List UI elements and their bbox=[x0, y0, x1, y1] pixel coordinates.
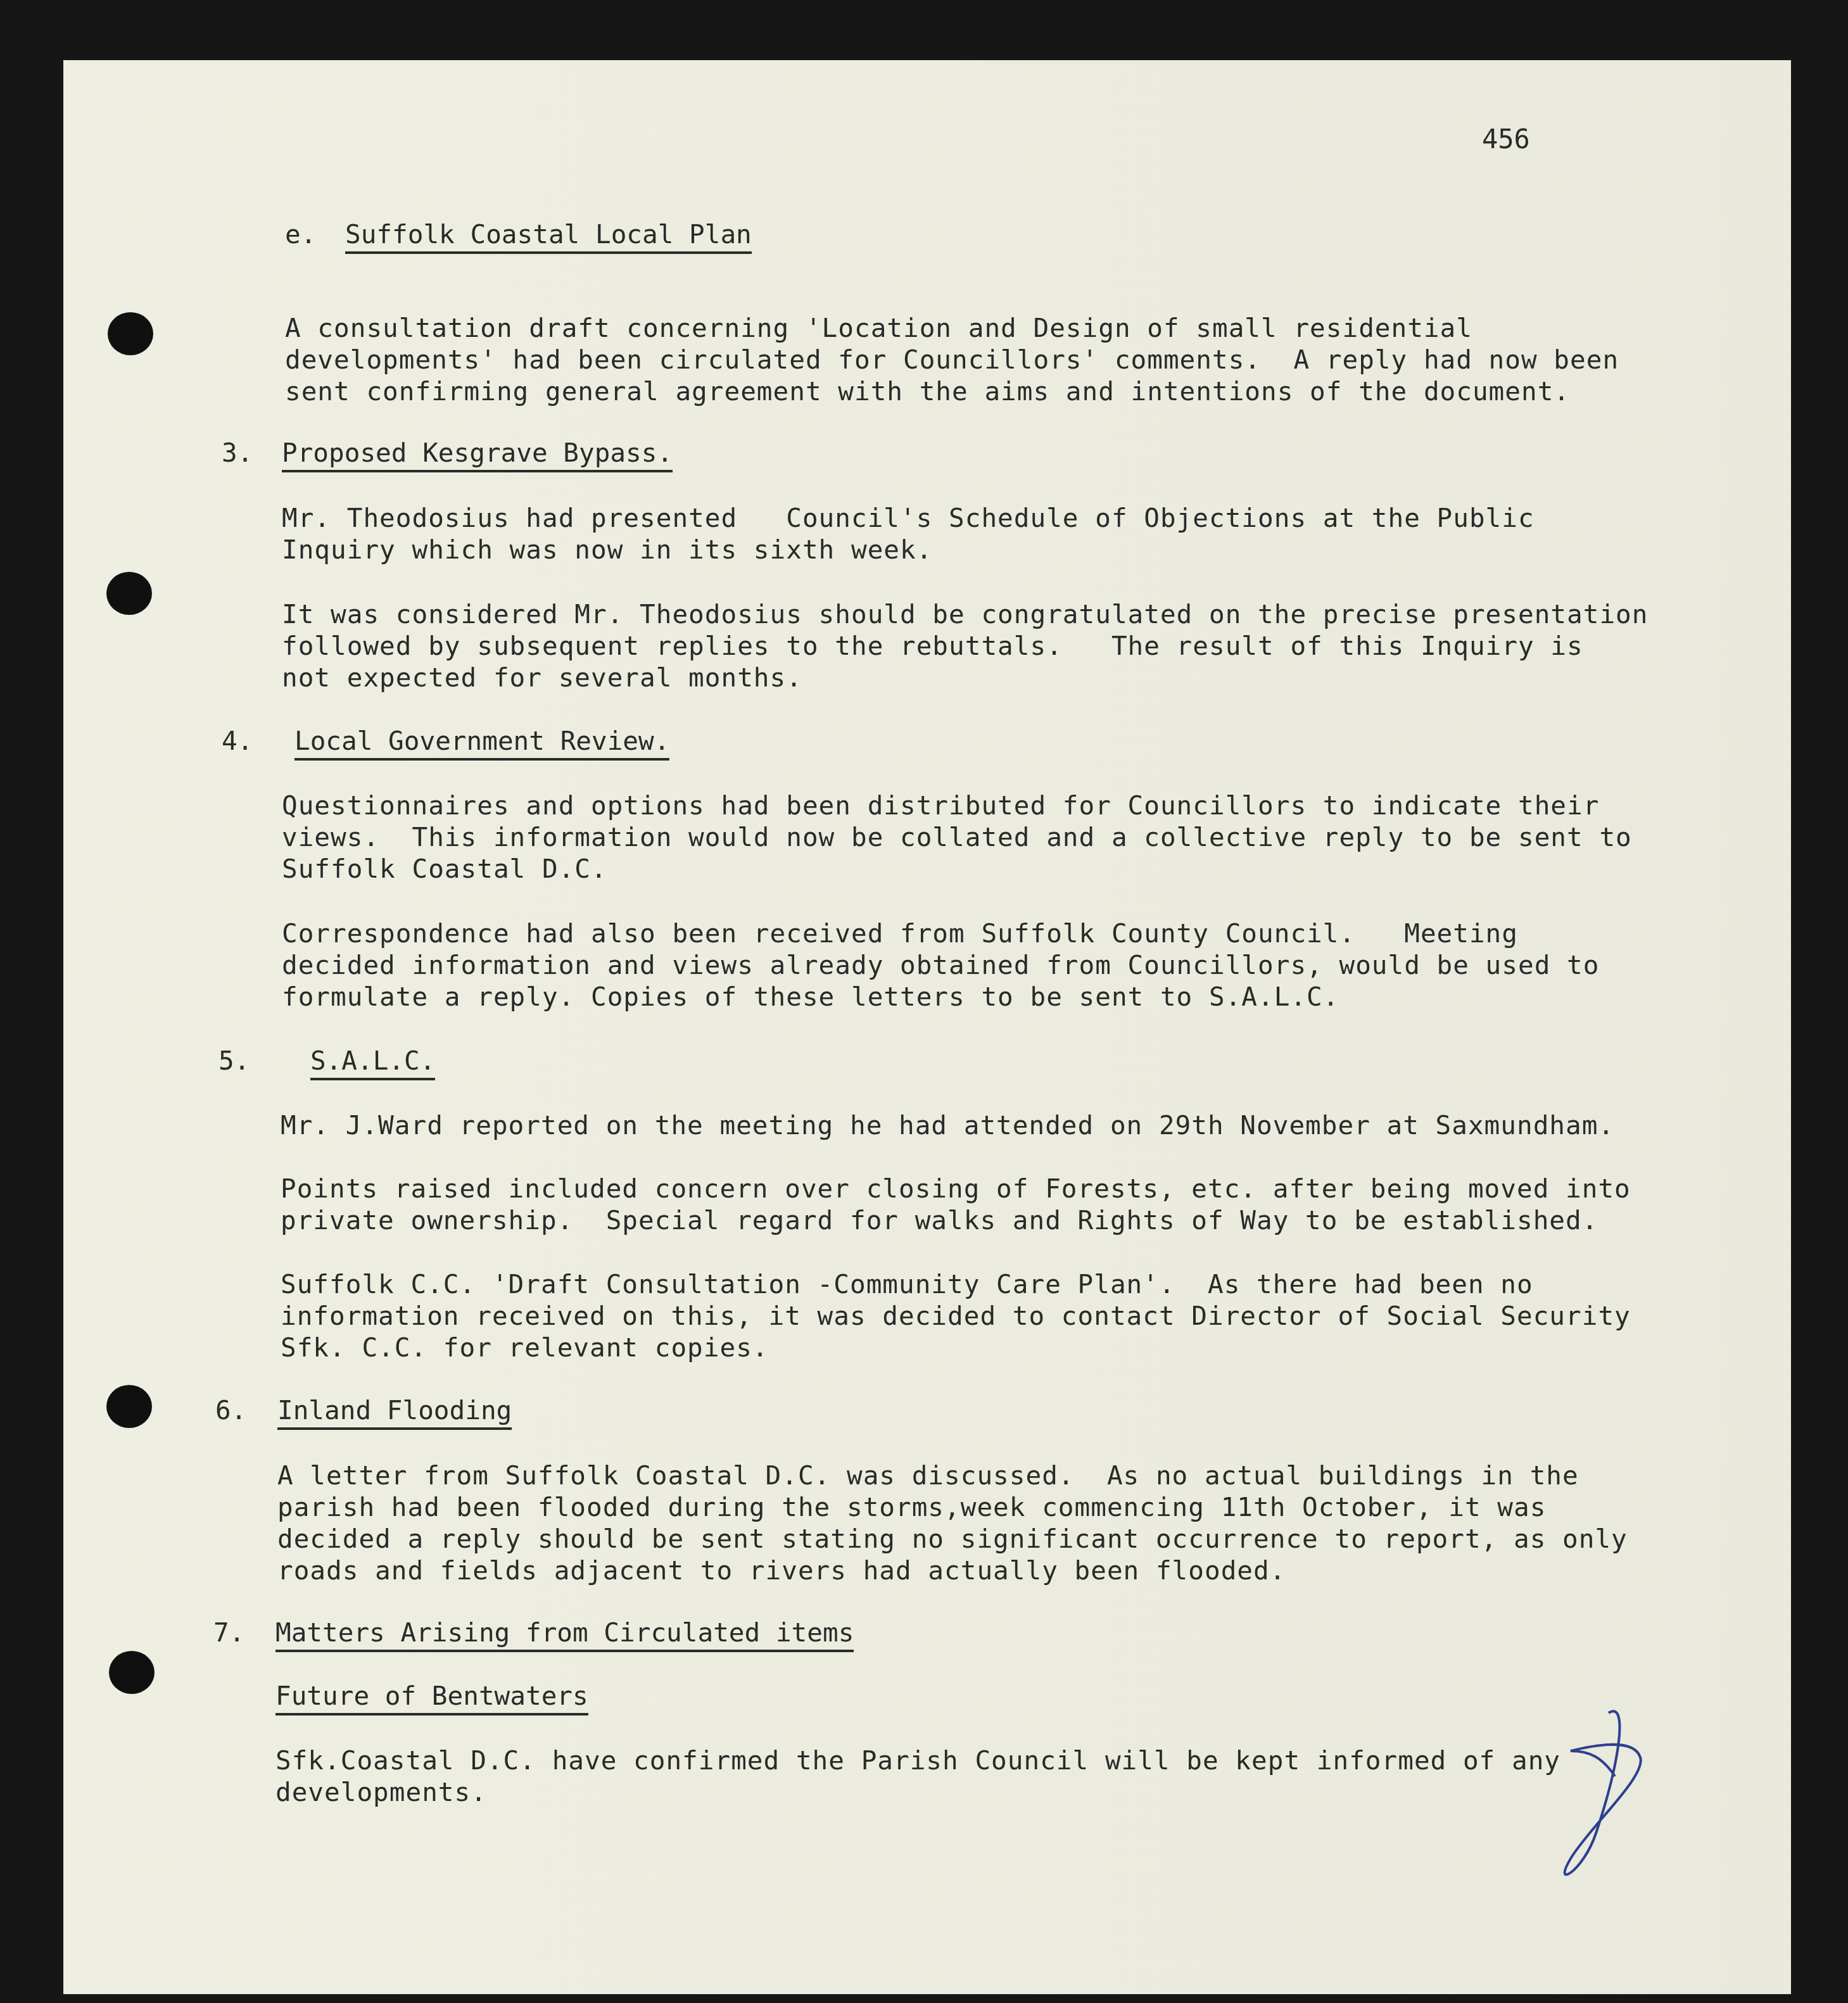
punch-hole bbox=[108, 312, 153, 355]
paragraph-line: Sfk. C.C. for relevant copies. bbox=[281, 1332, 769, 1363]
section-heading: Matters Arising from Circulated items bbox=[275, 1617, 854, 1652]
paragraph-line: Points raised included concern over clos… bbox=[281, 1173, 1631, 1204]
section-heading: S.A.L.C. bbox=[310, 1045, 435, 1080]
paragraph-line: views. This information would now be col… bbox=[282, 821, 1632, 853]
paragraph-line: Suffolk Coastal D.C. bbox=[282, 853, 607, 885]
section-heading: Suffolk Coastal Local Plan bbox=[345, 218, 752, 254]
section-number: 4. bbox=[222, 725, 253, 757]
paragraph-line: not expected for several months. bbox=[282, 662, 802, 693]
paragraph-line: formulate a reply. Copies of these lette… bbox=[282, 981, 1339, 1013]
paragraph-line: Correspondence had also been received fr… bbox=[282, 918, 1518, 949]
section-heading: Local Government Review. bbox=[294, 725, 669, 761]
paragraph-line: followed by subsequent replies to the re… bbox=[282, 630, 1583, 662]
paragraph-line: A letter from Suffolk Coastal D.C. was d… bbox=[277, 1460, 1579, 1491]
punch-hole bbox=[109, 1651, 155, 1694]
section-number: 6. bbox=[215, 1394, 246, 1426]
punch-hole bbox=[106, 572, 152, 615]
paragraph-line: Mr. Theodosius had presented Council's S… bbox=[282, 502, 1535, 534]
paragraph-line: It was considered Mr. Theodosius should … bbox=[282, 598, 1648, 630]
paragraph-line: sent confirming general agreement with t… bbox=[285, 376, 1570, 407]
paragraph-line: developments' had been circulated for Co… bbox=[285, 344, 1619, 376]
document-page: 456 e. Suffolk Coastal Local Plan A cons… bbox=[63, 60, 1791, 1994]
signature-initial-icon bbox=[1545, 1707, 1685, 1897]
paragraph-line: Questionnaires and options had been dist… bbox=[282, 790, 1599, 821]
paragraph-line: decided information and views already ob… bbox=[282, 949, 1599, 981]
section-heading: Inland Flooding bbox=[277, 1394, 512, 1430]
section-number: 3. bbox=[222, 437, 253, 469]
paragraph-line: A consultation draft concerning 'Locatio… bbox=[285, 312, 1472, 344]
section-number: 7. bbox=[213, 1617, 244, 1648]
page-number: 456 bbox=[1482, 123, 1530, 155]
paragraph-line: Mr. J.Ward reported on the meeting he ha… bbox=[281, 1109, 1614, 1141]
paragraph-line: developments. bbox=[275, 1776, 487, 1808]
section-number: 5. bbox=[218, 1045, 250, 1077]
paragraph-line: roads and fields adjacent to rivers had … bbox=[277, 1555, 1286, 1586]
paragraph-line: information received on this, it was dec… bbox=[281, 1300, 1631, 1332]
paragraph-line: Suffolk C.C. 'Draft Consultation -Commun… bbox=[281, 1268, 1533, 1300]
section-heading: Proposed Kesgrave Bypass. bbox=[282, 437, 673, 472]
punch-hole bbox=[106, 1385, 152, 1428]
paragraph-line: Sfk.Coastal D.C. have confirmed the Pari… bbox=[275, 1745, 1560, 1776]
paragraph-line: decided a reply should be sent stating n… bbox=[277, 1523, 1628, 1555]
paragraph-line: Inquiry which was now in its sixth week. bbox=[282, 534, 932, 566]
section-marker: e. bbox=[285, 218, 316, 250]
paragraph-line: parish had been flooded during the storm… bbox=[277, 1491, 1546, 1523]
paragraph-line: private ownership. Special regard for wa… bbox=[281, 1204, 1598, 1236]
subsection-heading: Future of Bentwaters bbox=[275, 1680, 588, 1716]
